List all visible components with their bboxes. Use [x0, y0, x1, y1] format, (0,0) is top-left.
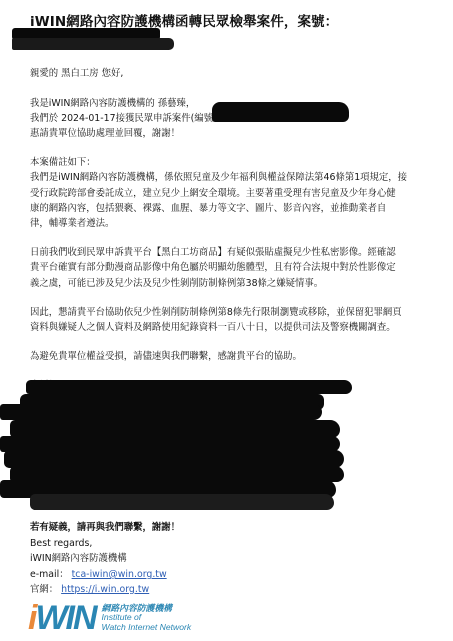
best-regards: Best regards, [30, 536, 92, 552]
notes-line-2: 受行政院跨部會委託成立，建立兒少上網安全環境。主要著重受理有害兒童及少年身心健 [30, 186, 396, 202]
request-line-2: 資料與嫌疑人之個人資料及網路使用紀錄資料一百八十日，以提供司法及警察機關調查。 [30, 320, 396, 336]
website-link[interactable]: https://i.win.org.tw [61, 584, 149, 595]
notes-line-1: 我們是iWIN網路內容防護機構，係依照兒童及少年福利與權益保障法第46條第1項規… [30, 170, 407, 186]
email-label: e-mail： [30, 569, 69, 580]
email-row: e-mail： tca-iwin@win.org.tw [30, 567, 167, 583]
signature-org: iWIN網路內容防護機構 [30, 551, 127, 567]
letter-title: iWIN網路內容防護機構函轉民眾檢舉案件，案號： [30, 10, 338, 30]
iwin-logo: iWIN 網路內容防護機構 Institute of Watch Interne… [28, 601, 191, 635]
letter-page: iWIN網路內容防護機構函轉民眾檢舉案件，案號： 親愛的 黑白工房 您好, 我是… [0, 0, 453, 641]
notes-line-3: 康的網路內容，包括猥褻、裸露、血腥、暴力等文字、圖片、影音內容，並推動業者自 [30, 201, 386, 217]
complaint-line-3: 義之虞，可能已涉及兒少法及兒少性剝削防制條例第38條之嫌疑情事。 [30, 276, 323, 292]
request-line-1: 因此，懇請貴平台協助依兒少性剝削防制條例第8條先行限制瀏覽或移除，並保留犯罪網頁 [30, 305, 402, 321]
closing-line: 若有疑義，請再與我們聯繫，謝謝！ [30, 520, 180, 536]
email-link[interactable]: tca-iwin@win.org.tw [72, 569, 167, 580]
iwin-logo-mark: iWIN [28, 601, 96, 635]
logo-name-en-2: Watch Internet Network [102, 623, 192, 633]
iwin-logo-text: 網路內容防護機構 Institute of Watch Internet Net… [102, 604, 192, 633]
greeting: 親愛的 黑白工房 您好, [30, 66, 123, 82]
notes-heading: 本案備註如下： [30, 155, 96, 171]
notes-line-4: 律，輔導業者遵法。 [30, 216, 114, 232]
intro-line-3: 惠請貴單位協助處理並回覆，謝謝！ [30, 126, 180, 142]
complaint-id-redaction [212, 102, 349, 122]
website-label: 官網： [30, 584, 58, 595]
complaint-line-2: 貴平台確實有部分動漫商品影像中角色屬於明顯幼態體型，且有符合法規中對於性影像定 [30, 260, 396, 276]
complaint-line-1: 日前我們收到民眾申訴貴平台【黑白工坊商品】有疑似張貼虛擬兒少性私密影像。經確認 [30, 245, 396, 261]
intro-line-2: 我們於 2024-01-17接獲民眾申訴案件(編號 [30, 111, 213, 127]
avoid-damage-line: 為避免貴單位權益受損，請儘速與我們聯繫，感謝貴平台的協助。 [30, 349, 302, 365]
website-row: 官網： https://i.win.org.tw [30, 582, 149, 598]
intro-line-1: 我是iWIN網路內容防護機構的 孫藝臻， [30, 96, 195, 112]
